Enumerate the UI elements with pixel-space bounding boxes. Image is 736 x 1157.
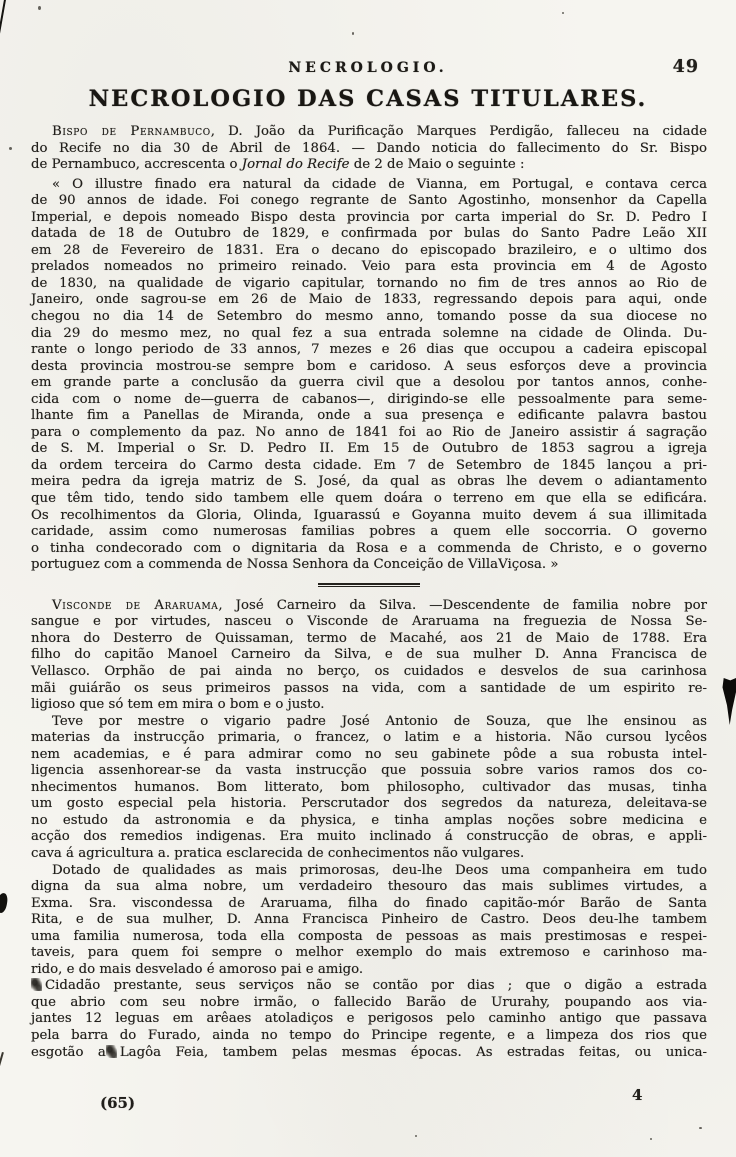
page-title: NECROLOGIO DAS CASAS TITULARES. bbox=[0, 86, 736, 112]
text-line: « O illustre finado era natural da cidad… bbox=[31, 177, 707, 194]
text-line: Cidadão prestante, seus serviços não se … bbox=[31, 978, 707, 995]
corner-scratch-mark bbox=[0, 0, 7, 63]
footer-signature-left: (65) bbox=[100, 1094, 135, 1112]
text-line: materias da instrucção primaria, o franc… bbox=[31, 730, 707, 747]
paper-speck bbox=[352, 32, 354, 35]
text-line: que abrio com seu nobre irmão, o falleci… bbox=[31, 995, 707, 1012]
text-line: Teve por mestre o vigario padre José Ant… bbox=[31, 714, 707, 731]
paragraph-dotado-de-qualidades: Dotado de qualidades as mais primorosas,… bbox=[31, 863, 707, 979]
ink-blot-left-margin bbox=[0, 892, 9, 913]
text-line: de 90 annos de idade. Foi conego regrant… bbox=[31, 193, 707, 210]
paragraph-visconde-de-araruama-intro: Visconde de Araruama, José Carneiro da S… bbox=[31, 598, 707, 714]
text-line: Imperial, e depois nomeado Bispo desta p… bbox=[31, 210, 707, 227]
smallcaps-text: Visconde de Araruama bbox=[52, 598, 218, 613]
text-line: Bispo de Pernambuco, D. João da Purifica… bbox=[31, 124, 707, 141]
paper-speck bbox=[38, 6, 41, 10]
text-line: prelados nomeados no primeiro reinado. V… bbox=[31, 259, 707, 276]
edge-mark bbox=[0, 1052, 4, 1066]
text-line: nhora do Desterro de Quissaman, termo de… bbox=[31, 631, 707, 648]
page-number: 49 bbox=[673, 57, 699, 77]
text-line: Janeiro, onde sagrou-se em 26 de Maio de… bbox=[31, 292, 707, 309]
italic-text: Jornal do Recife bbox=[242, 157, 350, 172]
text-line: datada de 18 de Outubro de 1829, e confi… bbox=[31, 226, 707, 243]
text-line: uma familia numerosa, toda ella composta… bbox=[31, 929, 707, 946]
text-line: Exma. Sra. viscondessa de Araruama, filh… bbox=[31, 896, 707, 913]
text-line: rido, e do mais desvelado é amoroso pai … bbox=[31, 962, 707, 979]
text-line: um gosto especial pela historia. Perscru… bbox=[31, 796, 707, 813]
text-line: acção dos remedios indigenas. Era muito … bbox=[31, 829, 707, 846]
text-line: mãi guiárão os seus primeiros passos na … bbox=[31, 681, 707, 698]
text-line: nhecimentos humanos. Bom litterato, bom … bbox=[31, 780, 707, 797]
text-line: desta provincia mostrou-se sempre bom e … bbox=[31, 359, 707, 376]
text-line: Vellasco. Orphão de pai ainda no berço, … bbox=[31, 664, 707, 681]
text-line: sangue e por virtudes, nasceu o Visconde… bbox=[31, 614, 707, 631]
text-line: que têm tido, tendo sido tambem elle que… bbox=[31, 491, 707, 508]
paper-speck bbox=[415, 1135, 417, 1137]
paper-speck bbox=[9, 147, 12, 150]
text-line: Dotado de qualidades as mais primorosas,… bbox=[31, 863, 707, 880]
paper-speck bbox=[699, 1127, 702, 1129]
text-line: Os recolhimentos da Gloria, Olinda, Igua… bbox=[31, 508, 707, 525]
text-line: rante o longo periodo de 33 annos, 7 mez… bbox=[31, 342, 707, 359]
text-line: lhante fim a Panellas de Miranda, onde a… bbox=[31, 408, 707, 425]
text-line: cava á agricultura a. pratica esclarecid… bbox=[31, 846, 707, 863]
text-line: dia 29 do mesmo mez, no qual fez a sua e… bbox=[31, 326, 707, 343]
text-line: da ordem terceira do Carmo desta cidade.… bbox=[31, 458, 707, 475]
text-line: em 28 de Fevereiro de 1831. Era o decano… bbox=[31, 243, 707, 260]
text-line: Visconde de Araruama, José Carneiro da S… bbox=[31, 598, 707, 615]
text-line: jantes 12 leguas em arêaes atoladiços e … bbox=[31, 1011, 707, 1028]
paragraph-cidadao-prestante: Cidadão prestante, seus serviços não se … bbox=[31, 978, 707, 1061]
text-line: para o complemento da paz. No anno de 18… bbox=[31, 425, 707, 442]
ink-smudge bbox=[31, 978, 42, 991]
footer-signature-right: 4 bbox=[632, 1086, 642, 1104]
text-line: o tinha condecorado com o dignitaria da … bbox=[31, 541, 707, 558]
text-line: de 1830, na qualidade de vigario capitul… bbox=[31, 276, 707, 293]
text-line: de Pernambuco, accrescenta o Jornal do R… bbox=[31, 157, 707, 174]
ink-smudge bbox=[106, 1045, 117, 1058]
text-line: chegou no dia 14 de Setembro do mesmo an… bbox=[31, 309, 707, 326]
text-line: pela barra do Furado, ainda no tempo do … bbox=[31, 1028, 707, 1045]
text-line: cida com o nome de—guerra de cabanos—, d… bbox=[31, 392, 707, 409]
smallcaps-text: Bispo de Pernambuco bbox=[52, 124, 211, 139]
text-line: filho do capitão Manoel Carneiro da Silv… bbox=[31, 647, 707, 664]
running-header: NECROLOGIO. 49 bbox=[0, 60, 736, 76]
section-divider bbox=[318, 583, 420, 587]
text-body: Bispo de Pernambuco, D. João da Purifica… bbox=[31, 124, 707, 1061]
text-line: em grande parte a conclusão da guerra ci… bbox=[31, 375, 707, 392]
text-line: de S. M. Imperial o Sr. D. Pedro II. Em … bbox=[31, 441, 707, 458]
paper-speck bbox=[650, 1138, 652, 1140]
text-line: ligencia assenhorear-se da vasta instruc… bbox=[31, 763, 707, 780]
paragraph-jornal-do-recife-quote: « O illustre finado era natural da cidad… bbox=[31, 177, 707, 574]
text-line: nem academias, e é para admirar como no … bbox=[31, 747, 707, 764]
text-line: no estudo da astronomia e da physica, e … bbox=[31, 813, 707, 830]
text-line: digna da sua alma nobre, um verdadeiro t… bbox=[31, 879, 707, 896]
text-line: ligioso que só tem em mira o bom e o jus… bbox=[31, 697, 707, 714]
ink-blot-right-margin bbox=[721, 678, 736, 725]
text-line: do Recife no dia 30 de Abril de 1864. — … bbox=[31, 141, 707, 158]
text-line: taveis, para quem foi sempre o melhor ex… bbox=[31, 945, 707, 962]
scanned-book-page: NECROLOGIO. 49 NECROLOGIO DAS CASAS TITU… bbox=[0, 0, 736, 1157]
paragraph-bispo-de-pernambuco-intro: Bispo de Pernambuco, D. João da Purifica… bbox=[31, 124, 707, 174]
text-line: esgotão aLagôa Feia, tambem pelas mesmas… bbox=[31, 1045, 707, 1062]
text-line: portuguez com a commenda de Nossa Senhor… bbox=[31, 557, 707, 574]
text-line: meira pedra da igreja matriz de S. José,… bbox=[31, 474, 707, 491]
paragraph-teve-por-mestre: Teve por mestre o vigario padre José Ant… bbox=[31, 714, 707, 863]
text-line: caridade, assim como numerosas familias … bbox=[31, 524, 707, 541]
running-header-title: NECROLOGIO. bbox=[0, 60, 736, 76]
paper-speck bbox=[562, 12, 564, 14]
text-line: Rita, e de sua mulher, D. Anna Francisca… bbox=[31, 912, 707, 929]
